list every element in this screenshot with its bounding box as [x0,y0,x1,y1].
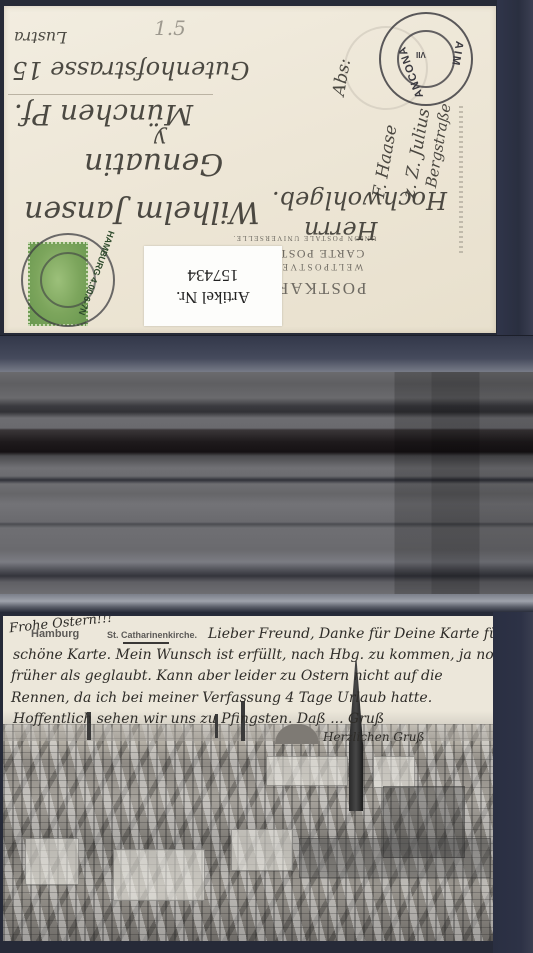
article-number: 157434 [188,264,239,286]
scan-border-bottom [0,335,533,373]
scan-border-right [497,0,533,372]
scan-border-right [493,612,533,953]
building [266,756,348,786]
building [231,829,293,871]
handwriting-line: Rennen, da ich bei meiner Verfassung 4 T… [11,690,432,706]
handwriting-signoff: Herzlichen Gruß [323,730,424,744]
handwriting-line: Wilhelm Jansen [24,194,260,229]
article-number-sticker: Artikel Nr. 157434 [144,246,282,326]
scanner-streak-band [0,372,533,594]
postmark-text-date: VII [416,50,426,59]
article-label: Artikel Nr. [176,286,250,308]
caption-church: St. Catharinenkirche. [107,630,197,640]
building [373,756,415,788]
caption-underline [123,642,169,644]
handwriting-faint: 1.5 [154,16,186,40]
building [25,838,79,885]
handwriting-line: Herrn [304,216,378,244]
postcard-back-scan: POSTKARTE. WELTPOSTVEREIN CARTE POSTALE.… [0,0,533,372]
postcard-front: Hamburg St. Catharinenkirche. Frohe Oste… [3,616,493,941]
handwriting-line: Genuatin [84,146,223,181]
handwriting-line: Lieber Freund, Danke für Deine Karte für… [208,626,493,642]
building [383,786,465,858]
handwriting-line: schöne Karte. Mein Wunsch ist erfüllt, n… [13,647,493,663]
handwriting-line: Lustra [14,28,67,47]
handwriting-line: Hoffentlich sehen wir uns zu Pfingsten. … [13,711,384,727]
handwriting-line: Hochwohlgeb. [272,186,447,214]
building [113,849,205,901]
scan-border-top [0,594,533,612]
postcard-back: POSTKARTE. WELTPOSTVEREIN CARTE POSTALE.… [4,6,496,333]
address-divider-line [8,94,213,95]
postcard-front-scan: Hamburg St. Catharinenkirche. Frohe Oste… [0,594,533,953]
publisher-imprint [459,106,463,256]
handwriting-line: Gutenhofstrasse 15 [12,56,249,84]
handwriting-line: früher als geglaubt. Kann aber leider zu… [11,668,443,684]
